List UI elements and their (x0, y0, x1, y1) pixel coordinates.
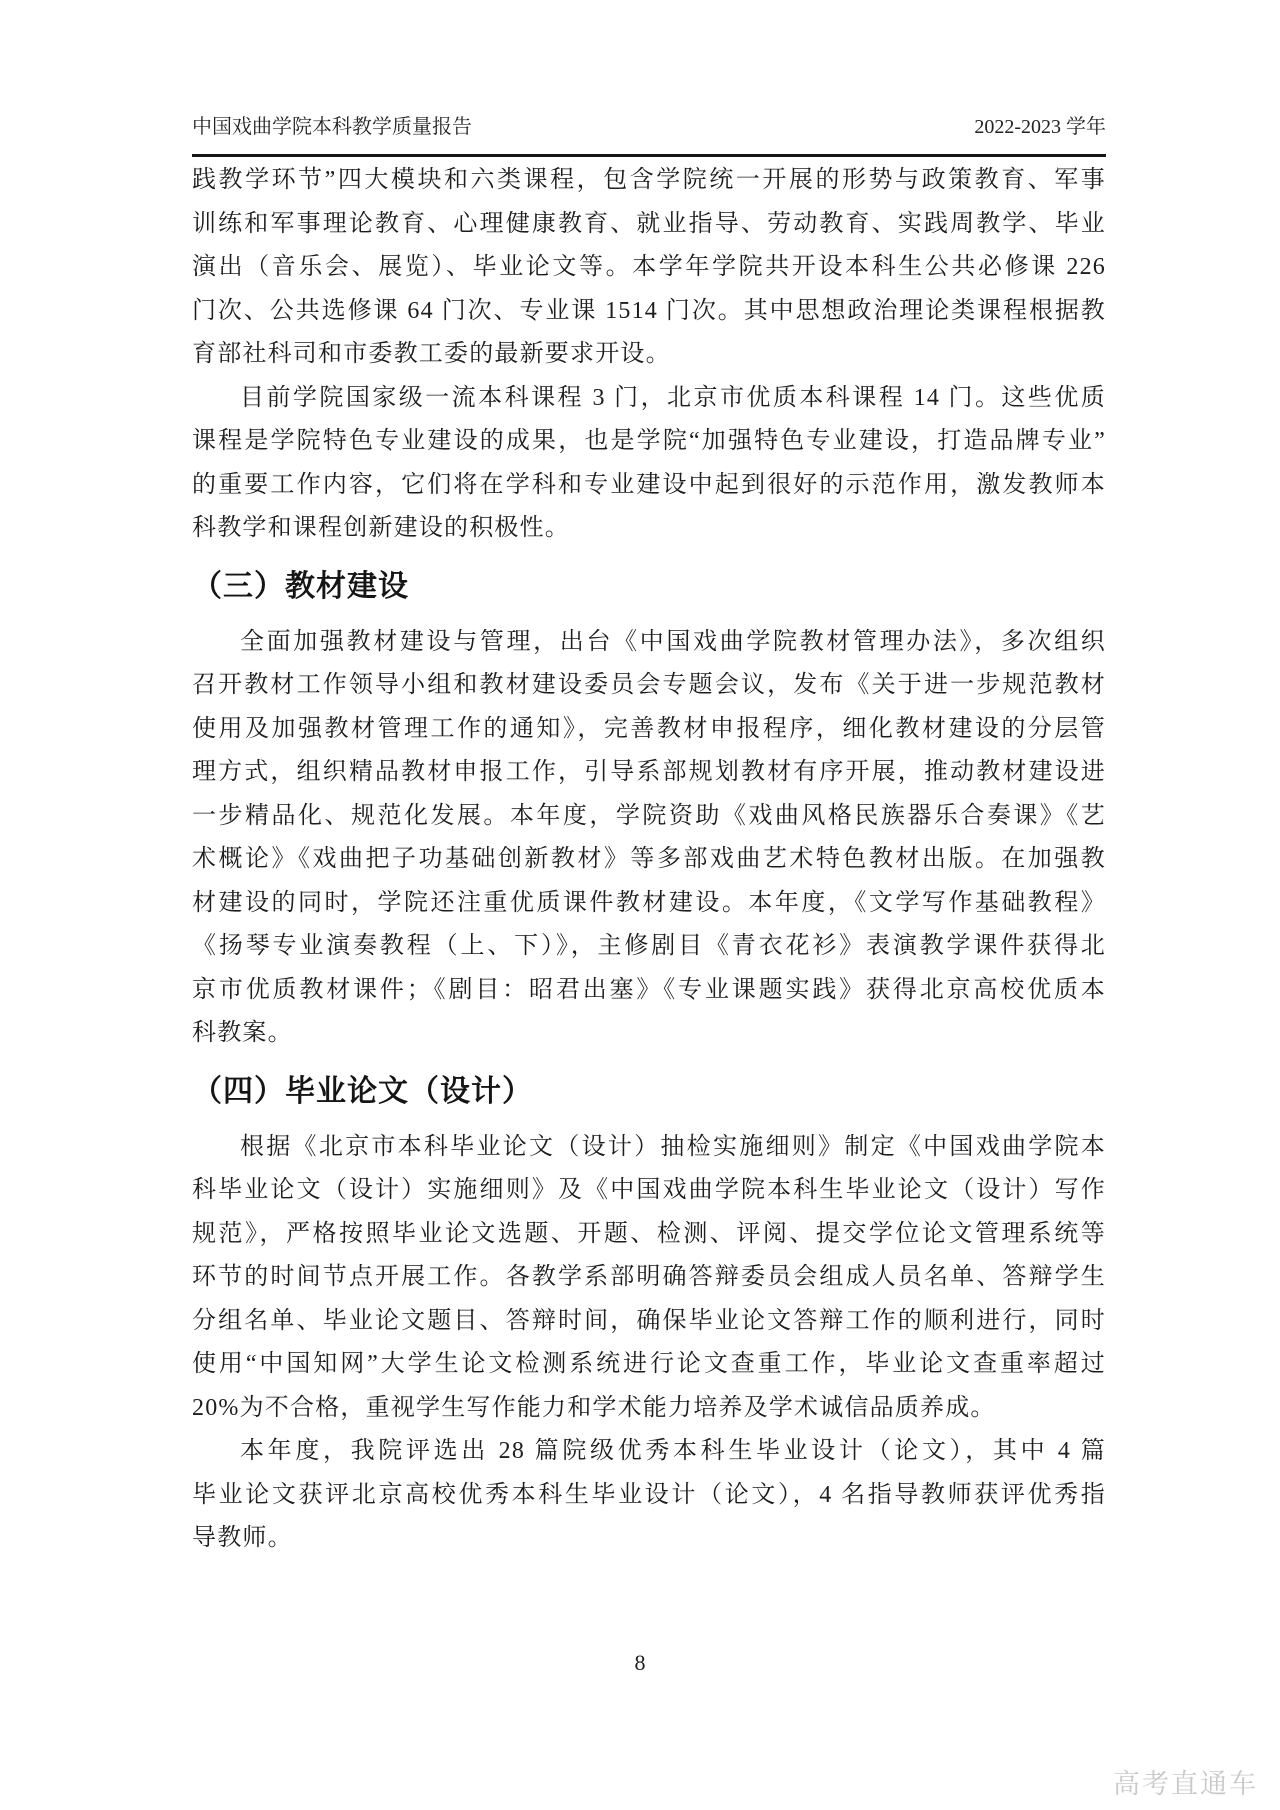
text-line: 理方式，组织精品教材申报工作，引导系部规划教材有序开展，推动教材建设进 (192, 751, 1106, 795)
text-line: 育部社科司和市委教工委的最新要求开设。 (192, 333, 1106, 377)
text-line: 召开教材工作领导小组和教材建设委员会专题会议，发布《关于进一步规范教材 (192, 664, 1106, 708)
page-number: 8 (0, 1650, 1280, 1676)
text-line: 科教案。 (192, 1012, 1106, 1056)
text-line: 环节的时间节点开展工作。各教学系部明确答辩委员会组成人员名单、答辩学生 (192, 1256, 1106, 1300)
paragraph: 践教学环节”四大模块和六类课程，包含学院统一开展的形势与政策教育、军事训练和军事… (192, 159, 1106, 377)
text-line: 使用“中国知网”大学生论文检测系统进行论文查重工作，毕业论文查重率超过 (192, 1343, 1106, 1387)
text-line: 20%为不合格，重视学生写作能力和学术能力培养及学术诚信品质养成。 (192, 1387, 1106, 1431)
text-line: 导教师。 (192, 1517, 1106, 1561)
text-line: 课程是学院特色专业建设的成果，也是学院“加强特色专业建设，打造品牌专业” (192, 420, 1106, 464)
header-report-title: 中国戏曲学院本科教学质量报告 (192, 114, 472, 140)
paragraph: 本年度，我院评选出 28 篇院级优秀本科生毕业设计（论文），其中 4 篇毕业论文… (192, 1430, 1106, 1561)
paragraph: 目前学院国家级一流本科课程 3 门，北京市优质本科课程 14 门。这些优质课程是… (192, 377, 1106, 551)
text-line: 全面加强教材建设与管理，出台《中国戏曲学院教材管理办法》，多次组织 (192, 621, 1106, 665)
text-line: 京市优质教材课件；《剧目：昭君出塞》《专业课题实践》获得北京高校优质本 (192, 969, 1106, 1013)
page-header: 中国戏曲学院本科教学质量报告 2022-2023 学年 (192, 114, 1106, 140)
text-line: 演出（音乐会、展览）、毕业论文等。本学年学院共开设本科生公共必修课 226 (192, 246, 1106, 290)
text-line: 的重要工作内容，它们将在学科和专业建设中起到很好的示范作用，激发教师本 (192, 464, 1106, 508)
text-line: 分组名单、毕业论文题目、答辩时间，确保毕业论文答辩工作的顺利进行，同时 (192, 1300, 1106, 1344)
text-line: 术概论》《戏曲把子功基础创新教材》等多部戏曲艺术特色教材出版。在加强教 (192, 838, 1106, 882)
section-heading: （四）毕业论文（设计） (192, 1070, 1106, 1114)
paragraph: 全面加强教材建设与管理，出台《中国戏曲学院教材管理办法》，多次组织召开教材工作领… (192, 621, 1106, 1056)
text-line: 毕业论文获评北京高校优秀本科生毕业设计（论文），4 名指导教师获评优秀指 (192, 1474, 1106, 1518)
watermark: 高考直通车 (1113, 1762, 1258, 1801)
document-page: 中国戏曲学院本科教学质量报告 2022-2023 学年 践教学环节”四大模块和六… (0, 0, 1280, 1810)
text-line: 根据《北京市本科毕业论文（设计）抽检实施细则》制定《中国戏曲学院本 (192, 1126, 1106, 1170)
text-line: 使用及加强教材管理工作的通知》，完善教材申报程序，细化教材建设的分层管 (192, 708, 1106, 752)
text-line: 训练和军事理论教育、心理健康教育、就业指导、劳动教育、实践周教学、毕业 (192, 203, 1106, 247)
text-line: 《扬琴专业演奏教程（上、下）》，主修剧目《青衣花衫》表演教学课件获得北 (192, 925, 1106, 969)
text-line: 科毕业论文（设计）实施细则》及《中国戏曲学院本科生毕业论文（设计）写作 (192, 1169, 1106, 1213)
text-line: 本年度，我院评选出 28 篇院级优秀本科生毕业设计（论文），其中 4 篇 (192, 1430, 1106, 1474)
text-line: 门次、公共选修课 64 门次、专业课 1514 门次。其中思想政治理论类课程根据… (192, 290, 1106, 334)
text-line: 规范》，严格按照毕业论文选题、开题、检测、评阅、提交学位论文管理系统等 (192, 1213, 1106, 1257)
header-academic-year: 2022-2023 学年 (974, 114, 1106, 140)
text-line: 科教学和课程创新建设的积极性。 (192, 507, 1106, 551)
header-rule (192, 154, 1106, 157)
text-line: 材建设的同时，学院还注重优质课件教材建设。本年度，《文学写作基础教程》 (192, 882, 1106, 926)
text-line: 践教学环节”四大模块和六类课程，包含学院统一开展的形势与政策教育、军事 (192, 159, 1106, 203)
document-body: 践教学环节”四大模块和六类课程，包含学院统一开展的形势与政策教育、军事训练和军事… (192, 159, 1106, 1561)
text-line: 一步精品化、规范化发展。本年度，学院资助《戏曲风格民族器乐合奏课》《艺 (192, 795, 1106, 839)
section-heading: （三）教材建设 (192, 565, 1106, 609)
paragraph: 根据《北京市本科毕业论文（设计）抽检实施细则》制定《中国戏曲学院本科毕业论文（设… (192, 1126, 1106, 1431)
text-line: 目前学院国家级一流本科课程 3 门，北京市优质本科课程 14 门。这些优质 (192, 377, 1106, 421)
